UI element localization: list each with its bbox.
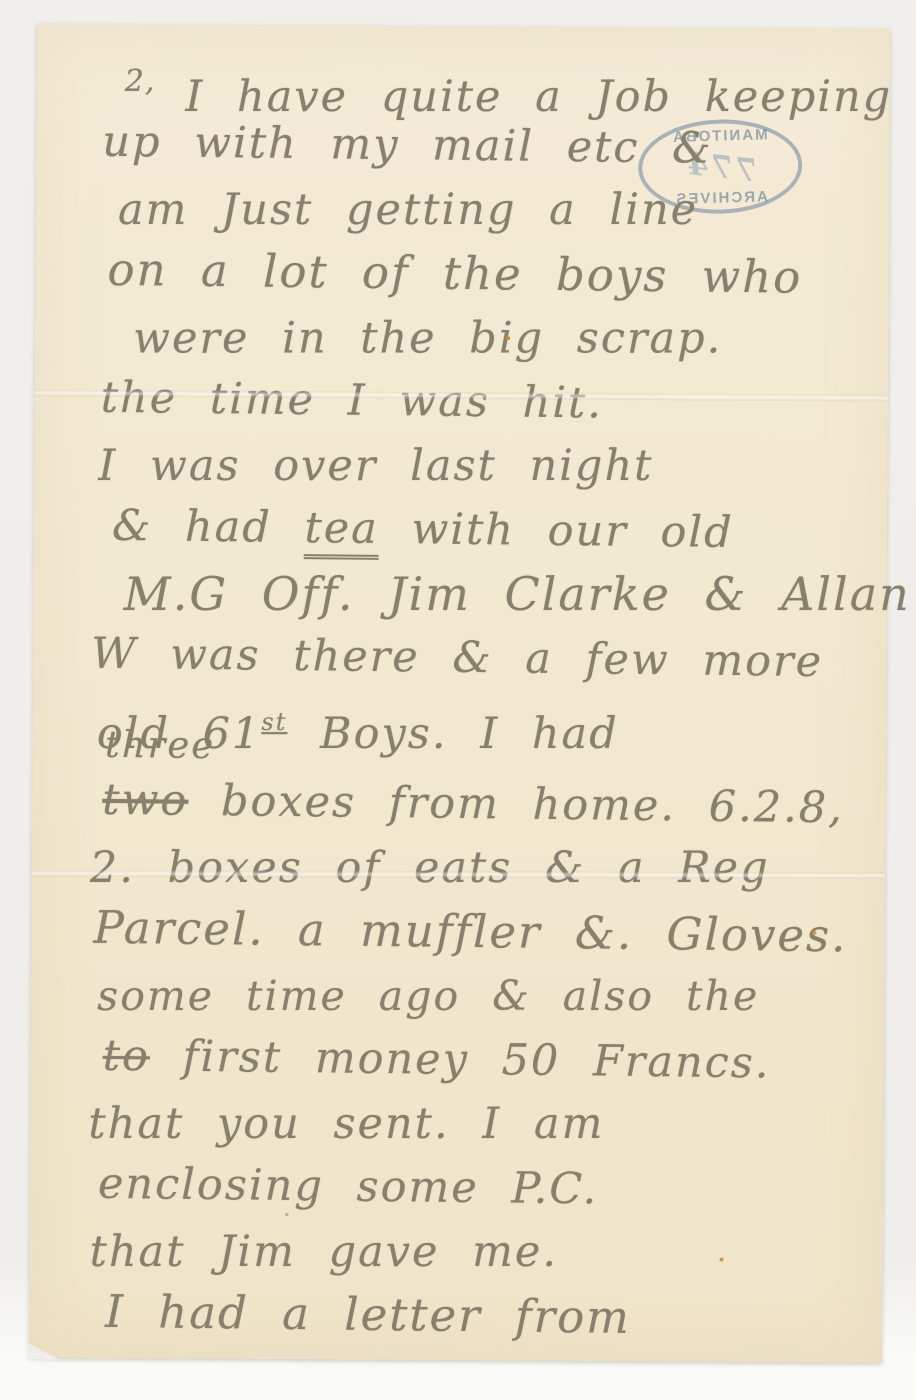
handwritten-text: first money 50 Francs. xyxy=(150,1031,771,1088)
handwritten-line: am Just getting a line xyxy=(118,178,871,242)
handwritten-text: some time ago & also the xyxy=(97,972,759,1020)
handwritten-line: W was there & a few more xyxy=(91,622,869,695)
handwritten-line: 2. boxes of eats & a Reg xyxy=(90,836,867,900)
handwritten-text: W was there & a few more xyxy=(91,629,823,687)
handwritten-line: on a lot of the boys who xyxy=(107,238,871,311)
handwritten-text: & had xyxy=(112,501,305,553)
handwritten-line: to first money 50 Francs. xyxy=(102,1024,866,1097)
handwritten-text: Parcel. a muffler &. Gloves. xyxy=(93,901,847,963)
paper-speck xyxy=(285,1213,289,1216)
handwritten-text: that you sent. I am xyxy=(88,1099,604,1149)
handwritten-line: that you sent. I am xyxy=(88,1092,865,1156)
handwritten-text: on a lot of the boys who xyxy=(107,243,802,304)
handwritten-line: & had tea with our old xyxy=(112,494,870,567)
handwritten-text: enclosing some P.C. xyxy=(98,1159,599,1215)
handwritten-text: M.G Off. Jim Clarke & Allan xyxy=(124,567,911,621)
scan-background: { "document": { "kind": "handwritten let… xyxy=(0,0,916,1400)
handwritten-line: Parcel. a muffler &. Gloves. xyxy=(93,896,867,969)
handwritten-text: am Just getting a line xyxy=(118,185,698,235)
letter-text: 2,I have quite a Job keepingup with my m… xyxy=(87,48,872,1351)
handwritten-text: st xyxy=(261,708,287,736)
handwritten-text: 2. boxes of eats & a Reg xyxy=(90,843,770,893)
handwritten-text: were in the big scrap. xyxy=(133,313,722,363)
handwritten-text: to xyxy=(102,1031,150,1082)
handwritten-text: with our old xyxy=(379,504,734,558)
handwritten-line: I was over last night xyxy=(98,434,869,498)
letter-page: MANITOBA 774 ARCHIVES 2,I have quite a J… xyxy=(29,23,890,1362)
handwritten-text: the time I was hit. xyxy=(101,373,604,429)
paper-speck xyxy=(812,930,817,935)
handwritten-text: tea xyxy=(304,503,379,560)
handwritten-text: I had a letter from xyxy=(105,1285,631,1344)
handwritten-text: Boys. I had xyxy=(287,709,618,759)
handwritten-line: threetwo boxes from home. 6.2.8, xyxy=(102,768,868,841)
handwritten-line: 2,I have quite a Job keeping xyxy=(125,50,872,114)
corrected-word: threetwo xyxy=(102,768,189,833)
handwritten-line: M.G Off. Jim Clarke & Allan xyxy=(124,562,869,626)
handwritten-text: I was over last night xyxy=(98,441,653,491)
corner-fold-notch xyxy=(27,1342,59,1359)
handwritten-line: the time I was hit. xyxy=(100,366,870,439)
paper-speck xyxy=(505,336,510,340)
handwritten-line: that Jim gave me. xyxy=(90,1220,865,1284)
handwritten-line: up with my mail etc & xyxy=(102,110,872,183)
handwritten-text: 2, xyxy=(125,64,156,99)
handwritten-line: were in the big scrap. xyxy=(133,306,870,370)
handwritten-line: I had a letter from xyxy=(105,1280,865,1353)
handwritten-text: up with my mail etc & xyxy=(102,117,713,174)
handwritten-line: enclosing some P.C. xyxy=(98,1152,866,1225)
handwritten-line: some time ago & also the xyxy=(97,964,866,1028)
handwritten-text: that Jim gave me. xyxy=(90,1227,558,1277)
handwritten-text: boxes from home. 6.2.8, xyxy=(188,776,844,833)
paper-speck xyxy=(720,1258,724,1262)
